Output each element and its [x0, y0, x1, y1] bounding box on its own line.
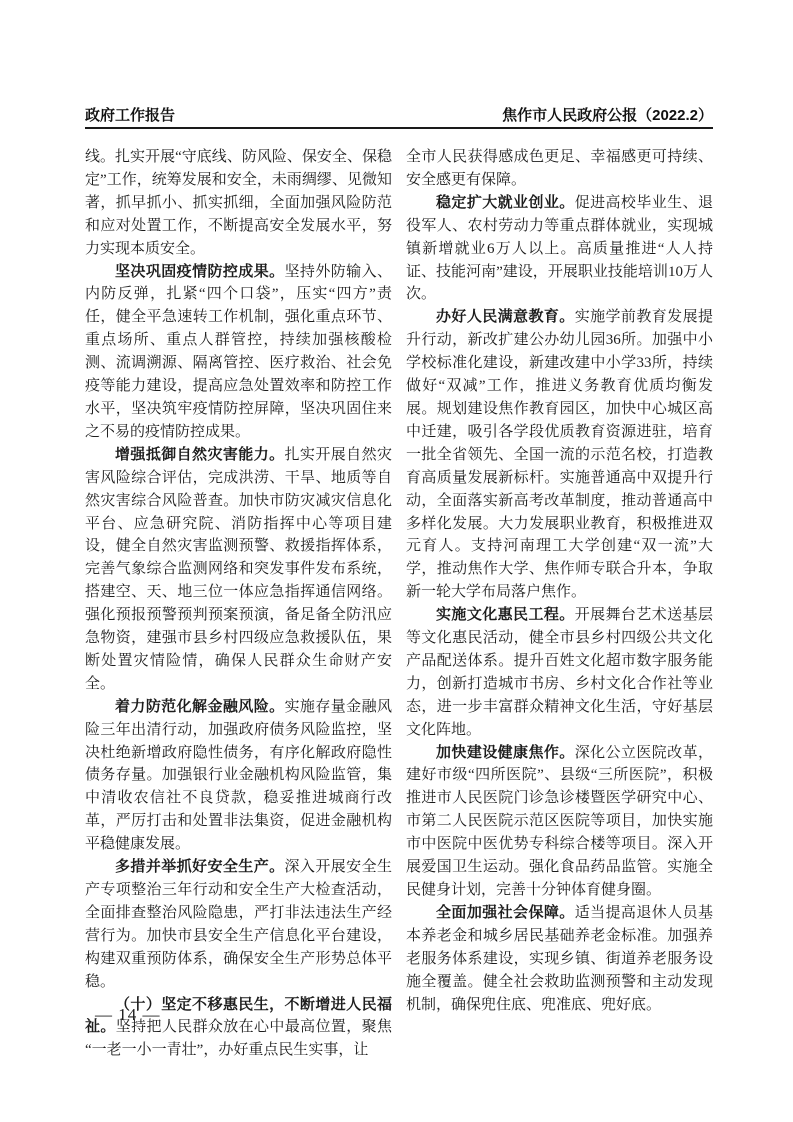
paragraph-text: 深入开展安全生产专项整治三年行动和安全生产大检查活动，全面排查整治风险隐患，严打…	[85, 859, 392, 990]
paragraph: 全面加强社会保障。适当提高退休人员基本养老金和城乡居民基础养老金标准。加强养老服…	[406, 902, 713, 1017]
paragraph: 着力防范化解金融风险。实施存量金融风险三年出清行动，加强政府债务风险监控，坚决杜…	[85, 696, 392, 856]
paragraph-lead: 多措并举抓好安全生产。	[115, 859, 285, 875]
paragraph-lead: 坚决巩固疫情防控成果。	[115, 264, 285, 280]
paragraph: 加快建设健康焦作。深化公立医院改革，建好市级“四所医院”、县级“三所医院”，积极…	[406, 742, 713, 902]
paragraph-lead: 着力防范化解金融风险。	[115, 699, 285, 715]
section-heading-paragraph: （十）坚定不移惠民生，不断增进人民福祉。坚持把人民群众放在心中最高位置，聚焦“一…	[85, 994, 392, 1063]
paragraph-text: 实施存量金融风险三年出清行动，加强政府债务风险监控，坚决杜绝新增政府隐性债务，有…	[85, 699, 392, 852]
paragraph: 增强抵御自然灾害能力。扎实开展自然灾害风险综合评估，完成洪涝、干旱、地质等自然灾…	[85, 444, 392, 696]
paragraph-text: 适当提高退休人员基本养老金和城乡居民基础养老金标准。加强养老服务体系建设，实现乡…	[406, 905, 713, 1013]
paragraph-continuation: 线。扎实开展“守底线、防风险、保安全、保稳定”工作，统筹发展和安全，未雨绸缪、见…	[85, 146, 392, 261]
page-header: 政府工作报告 焦作市人民政府公报（2022.2）	[85, 107, 713, 125]
report-title: 政府工作报告	[85, 107, 175, 125]
right-column: 全市人民获得感成色更足、幸福感更可持续、安全感更有保障。 稳定扩大就业创业。促进…	[406, 146, 713, 1062]
paragraph-lead: 增强抵御自然灾害能力。	[115, 447, 285, 463]
paragraph-text: 线。扎实开展“守底线、防风险、保安全、保稳定”工作，统筹发展和安全，未雨绸缪、见…	[85, 149, 392, 257]
paragraph-lead: 办好人民满意教育。	[436, 309, 575, 325]
left-column: 线。扎实开展“守底线、防风险、保安全、保稳定”工作，统筹发展和安全，未雨绸缪、见…	[85, 146, 392, 1062]
paragraph-text: 坚持把人民群众放在心中最高位置，聚焦“一老一小一青壮”，办好重点民生实事，让	[85, 1019, 392, 1058]
paragraph-lead: 实施文化惠民工程。	[436, 607, 575, 623]
paragraph-text: 扎实开展自然灾害风险综合评估，完成洪涝、干旱、地质等自然灾害综合风险普查。加快市…	[85, 447, 392, 692]
paragraph: 坚决巩固疫情防控成果。坚持外防输入、内防反弹，扎紧“四个口袋”，压实“四方”责任…	[85, 261, 392, 444]
paragraph-lead: 稳定扩大就业创业。	[436, 195, 575, 211]
page-number: — 14 —	[95, 1005, 161, 1025]
paragraph-lead: 加快建设健康焦作。	[436, 745, 575, 761]
paragraph-text: 全市人民获得感成色更足、幸福感更可持续、安全感更有保障。	[406, 149, 713, 188]
gazette-page: 政府工作报告 焦作市人民政府公报（2022.2） 线。扎实开展“守底线、防风险、…	[0, 0, 793, 1122]
paragraph-text: 开展舞台艺术送基层等文化惠民活动，健全市县乡村四级公共文化产品配送体系。提升百姓…	[406, 607, 713, 738]
paragraph-text: 实施学前教育发展提升行动，新改扩建公办幼儿园36所。加强中小学校标准化建设，新建…	[406, 309, 713, 600]
paragraph: 实施文化惠民工程。开展舞台艺术送基层等文化惠民活动，健全市县乡村四级公共文化产品…	[406, 604, 713, 741]
paragraph-text: 深化公立医院改革，建好市级“四所医院”、县级“三所医院”，积极推进市人民医院门诊…	[406, 745, 713, 898]
paragraph: 办好人民满意教育。实施学前教育发展提升行动，新改扩建公办幼儿园36所。加强中小学…	[406, 306, 713, 604]
header-rule	[85, 127, 713, 129]
paragraph: 稳定扩大就业创业。促进高校毕业生、退役军人、农村劳动力等重点群体就业，实现城镇新…	[406, 192, 713, 307]
paragraph-text: 坚持外防输入、内防反弹，扎紧“四个口袋”，压实“四方”责任，健全平急速转工作机制…	[85, 264, 392, 440]
paragraph-continuation: 全市人民获得感成色更足、幸福感更可持续、安全感更有保障。	[406, 146, 713, 192]
document-body: 线。扎实开展“守底线、防风险、保安全、保稳定”工作，统筹发展和安全，未雨绸缪、见…	[85, 146, 713, 1062]
gazette-title: 焦作市人民政府公报（2022.2）	[502, 107, 713, 125]
paragraph: 多措并举抓好安全生产。深入开展安全生产专项整治三年行动和安全生产大检查活动，全面…	[85, 856, 392, 993]
paragraph-lead: 全面加强社会保障。	[436, 905, 575, 921]
